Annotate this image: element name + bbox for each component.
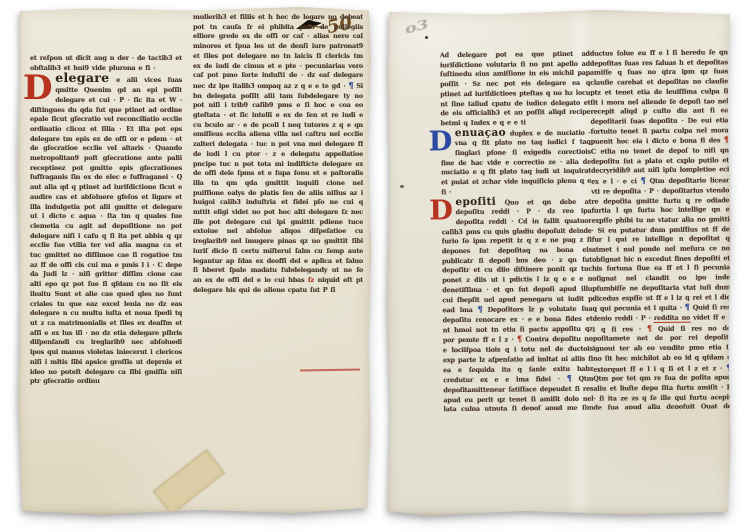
entry-delegare: D elegare e alii vices ſuas qmitte Queni… [30, 73, 182, 387]
paragraph-mark: ¶ [641, 175, 646, 185]
drop-cap-delegare: D [24, 75, 52, 101]
paragraph-mark: ¶ [685, 302, 690, 312]
entry-delegare-continuation: Ad delegare pot ea que ptinet ad iuriſdi… [440, 50, 591, 129]
tape-stain [153, 449, 225, 515]
paragraph-mark: ¶ [567, 373, 572, 383]
underlined-text: reddita no [654, 314, 690, 323]
entry-denunciatio: D enuaçao duplex e de nuciatio · vna q f… [441, 127, 592, 197]
paragraph-mark: ¶ [724, 135, 729, 145]
drop-cap-denunciatio: D [429, 131, 452, 152]
paragraph-mark: ¶ [348, 80, 353, 90]
right-leaf-parchment: o3 Ad delegare pot ea que ptinet ad iuri… [386, 10, 731, 516]
rubric-mark: ſz [308, 276, 314, 284]
body-text: Qtm por tet qm re ſua de poſita apud ali… [593, 373, 731, 409]
paragraph-mark: ¶ [647, 323, 652, 333]
entry-heading-delegare: elegare [55, 70, 109, 85]
body-text: mulierib3 et filiis et h hec de legare n… [193, 13, 363, 90]
left-leaf: 50 et reſpon ut dicit aug n der · de tac… [17, 7, 371, 515]
body-text: Quo et qn debe at depoſitu reddi · P · d… [442, 197, 593, 314]
entry-depositi: D epoſiti Quo et qn debe at depoſitu red… [441, 196, 593, 411]
left-leaf-column-2: mulierib3 et filiis et h hec de legare n… [193, 13, 363, 411]
body-text: Si bn delegata poſſit alii tam ſubdelega… [193, 82, 363, 284]
column-continuation-text: mulierib3 et filiis et h hec de legare n… [193, 13, 363, 295]
body-text: Ad delegare pot ea que ptinet ad iuriſdi… [440, 50, 591, 127]
body-text: e alii vices ſuas qmitte Quenim gd an ep… [30, 76, 182, 385]
entry-heading-depositi: epoſiti [455, 195, 496, 207]
right-leaf-column-2: ductus ſolue eu ff e l ſi heredu ſe qn d… [590, 48, 732, 409]
paragraph-mark: ¶ [726, 362, 731, 372]
paragraph-mark: ¶ [517, 334, 522, 344]
paragraph-mark: ¶ [478, 304, 483, 314]
left-leaf-column-1: et reſpon ut dicit aug n der · de tactib… [24, 54, 182, 411]
body-text: duplex e de nuciatio · vna q fit plato n… [441, 128, 591, 196]
column-continuation-text: ductus ſolue eu ff e l ſi heredu ſe qn d… [590, 48, 732, 409]
right-leaf: o3 Ad delegare pot ea que ptinet ad iuri… [386, 10, 731, 516]
left-leaf-parchment: 50 et reſpon ut dicit aug n der · de tac… [17, 7, 371, 515]
drop-cap-depositi: D [429, 200, 452, 221]
right-leaf-column-1: Ad delegare pot ea que ptinet ad iuriſdi… [428, 50, 594, 412]
entry-heading-denunciatio: enuaçao [455, 126, 506, 139]
body-text: ductus ſolue eu ff e l ſi heredu ſe qn d… [590, 48, 729, 146]
photo-background: 50 et reſpon ut dicit aug n der · de tac… [0, 0, 750, 532]
right-leaf-text-block: Ad delegare pot ea que ptinet ad iuriſdi… [383, 8, 733, 518]
body-text: Qtm depoſitario licear vti re depoſita ·… [591, 176, 730, 313]
